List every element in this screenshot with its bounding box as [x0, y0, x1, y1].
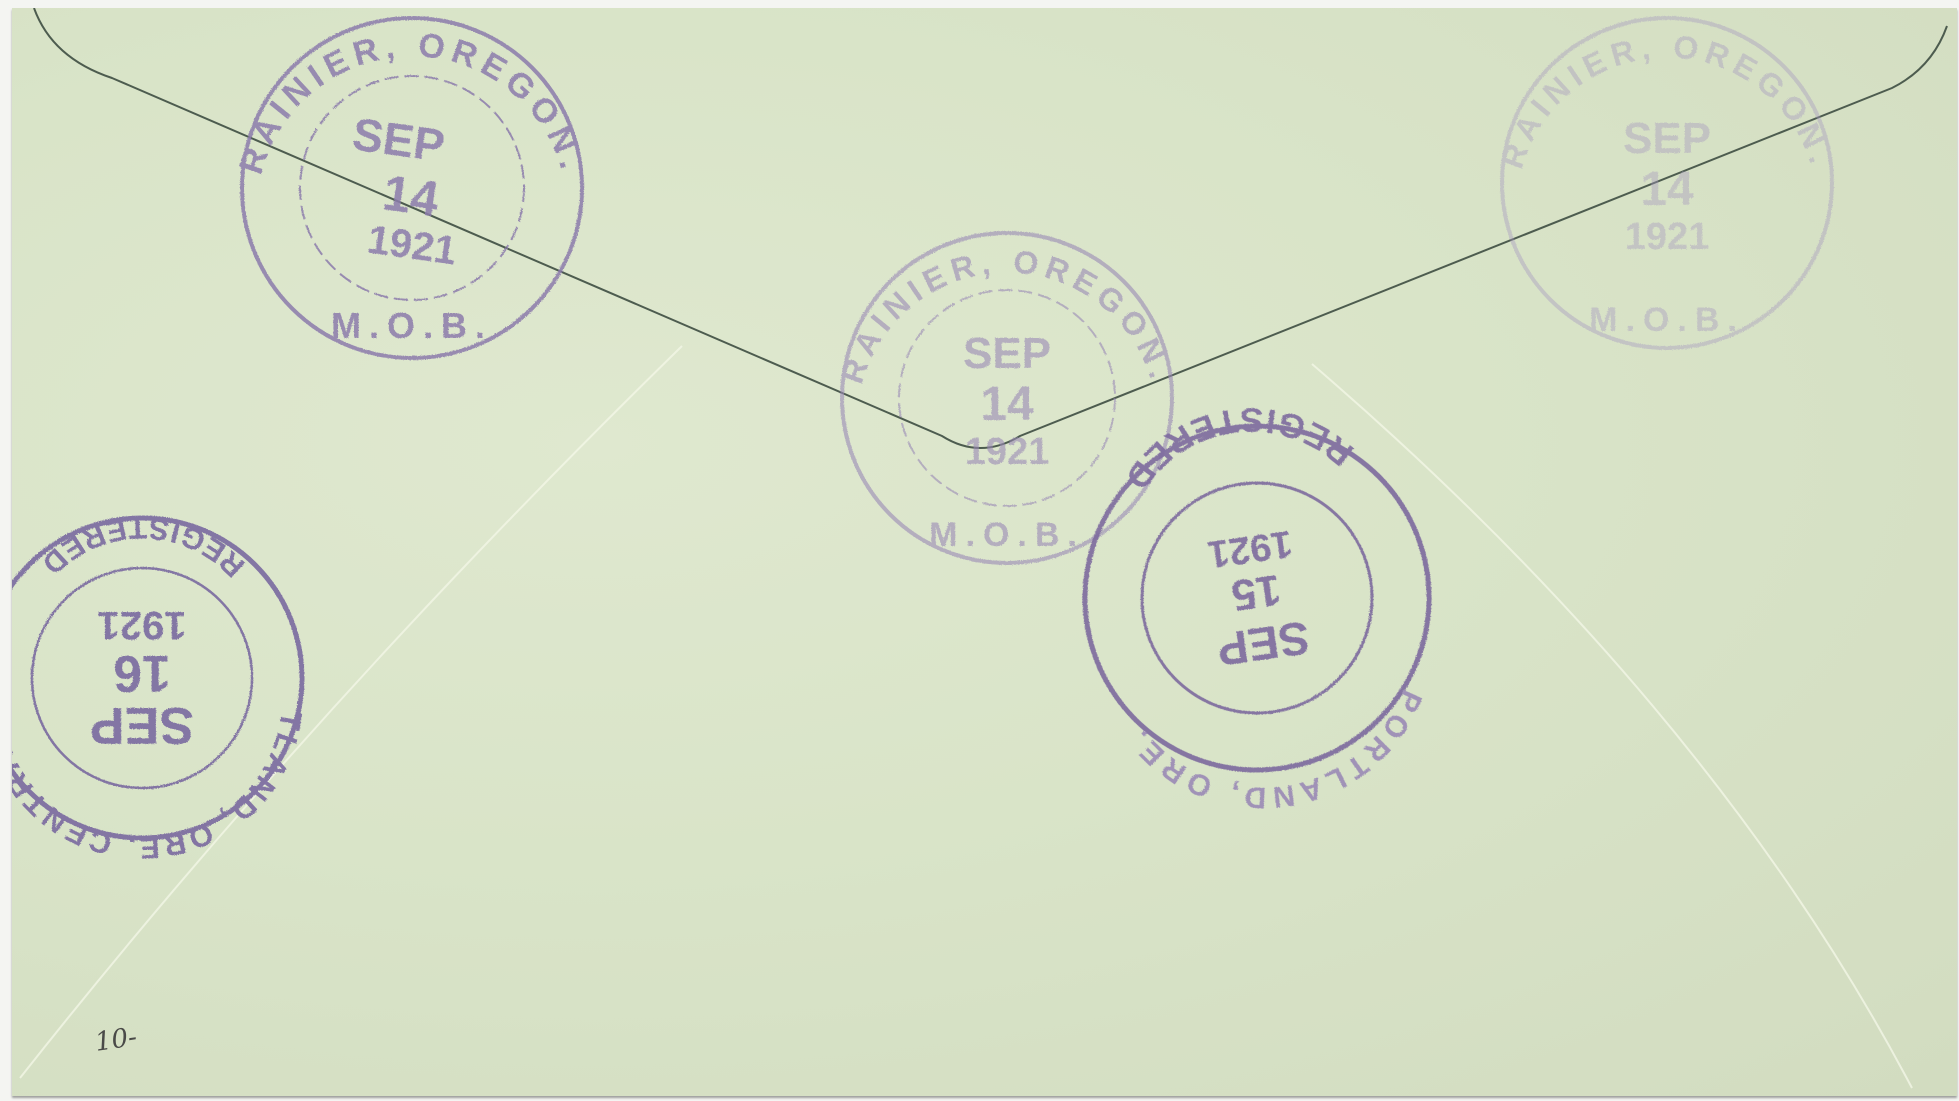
pencil-note: 10- — [93, 1022, 139, 1058]
svg-text:REGISTERED: REGISTERED — [33, 511, 252, 584]
svg-text:1921: 1921 — [965, 431, 1050, 473]
svg-text:SEP: SEP — [963, 329, 1051, 378]
svg-text:14: 14 — [980, 378, 1034, 431]
svg-text:1921: 1921 — [365, 218, 459, 274]
postmark-rainier-center: RAINIER, OREGON. M.O.B. SEP 14 1921 — [834, 233, 1181, 563]
postmark-portland-registered: REGISTERED PORTLAND, ORE. SEP 15 1921 — [1059, 377, 1457, 836]
postmark-rainier-left: RAINIER, OREGON. M.O.B. SEP 14 1921 — [232, 18, 592, 358]
svg-text:SEP: SEP — [90, 696, 194, 754]
svg-text:M.O.B.: M.O.B. — [331, 305, 493, 346]
svg-text:14: 14 — [379, 164, 442, 227]
svg-text:M.O.B.: M.O.B. — [929, 516, 1085, 554]
svg-text:PORTLAND, ORE.: PORTLAND, ORE. — [1118, 681, 1441, 834]
svg-text:1921: 1921 — [1205, 522, 1295, 575]
svg-text:1921: 1921 — [98, 603, 187, 647]
envelope-back: RAINIER, OREGON. M.O.B. SEP 14 1921 RAIN… — [12, 8, 1957, 1096]
svg-text:SEP: SEP — [1623, 114, 1711, 163]
postmark-rainier-right: RAINIER, OREGON. M.O.B. SEP 14 1921 — [1494, 18, 1841, 348]
postmark-portland-central-sta: PORTLAND, ORE. CENTRAL STA. REGISTERED S… — [12, 511, 308, 865]
svg-text:1921: 1921 — [1625, 216, 1710, 258]
svg-text:15: 15 — [1229, 565, 1284, 620]
svg-text:16: 16 — [113, 644, 171, 702]
svg-text:SEP: SEP — [1214, 611, 1312, 675]
svg-text:M.O.B.: M.O.B. — [1589, 301, 1745, 339]
svg-text:14: 14 — [1640, 163, 1694, 216]
svg-text:SEP: SEP — [349, 108, 447, 172]
envelope-illustration: RAINIER, OREGON. M.O.B. SEP 14 1921 RAIN… — [12, 8, 1957, 1096]
